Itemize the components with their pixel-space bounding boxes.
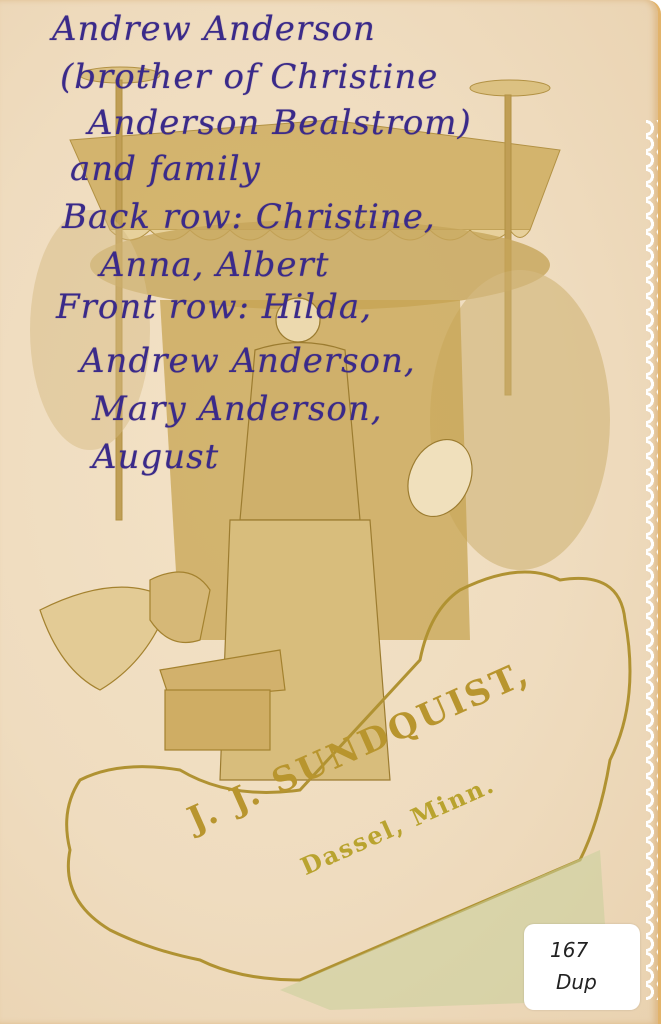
inscription-line-6: Anna, Albert — [100, 248, 329, 282]
inscription-line-8: Andrew Anderson, — [80, 344, 416, 378]
inscription-line-2: (brother of Christine — [60, 60, 438, 94]
duplicate-note: Dup — [556, 970, 597, 994]
inscription-line-7: Front row: Hilda, — [56, 290, 372, 324]
inscription-line-3: Anderson Bealstrom) — [88, 106, 472, 140]
inscription-line-9: Mary Anderson, — [92, 392, 383, 426]
inscription-line-4: and family — [70, 152, 261, 186]
inscription-line-10: August — [92, 440, 219, 474]
archive-number: 167 — [550, 938, 588, 962]
inscription-line-5: Back row: Christine, — [62, 200, 436, 234]
inscription-line-1: Andrew Anderson — [52, 12, 376, 46]
cabinet-card: Andrew Anderson (brother of Christine An… — [0, 0, 661, 1024]
archive-label: 167 Dup — [524, 924, 640, 1010]
